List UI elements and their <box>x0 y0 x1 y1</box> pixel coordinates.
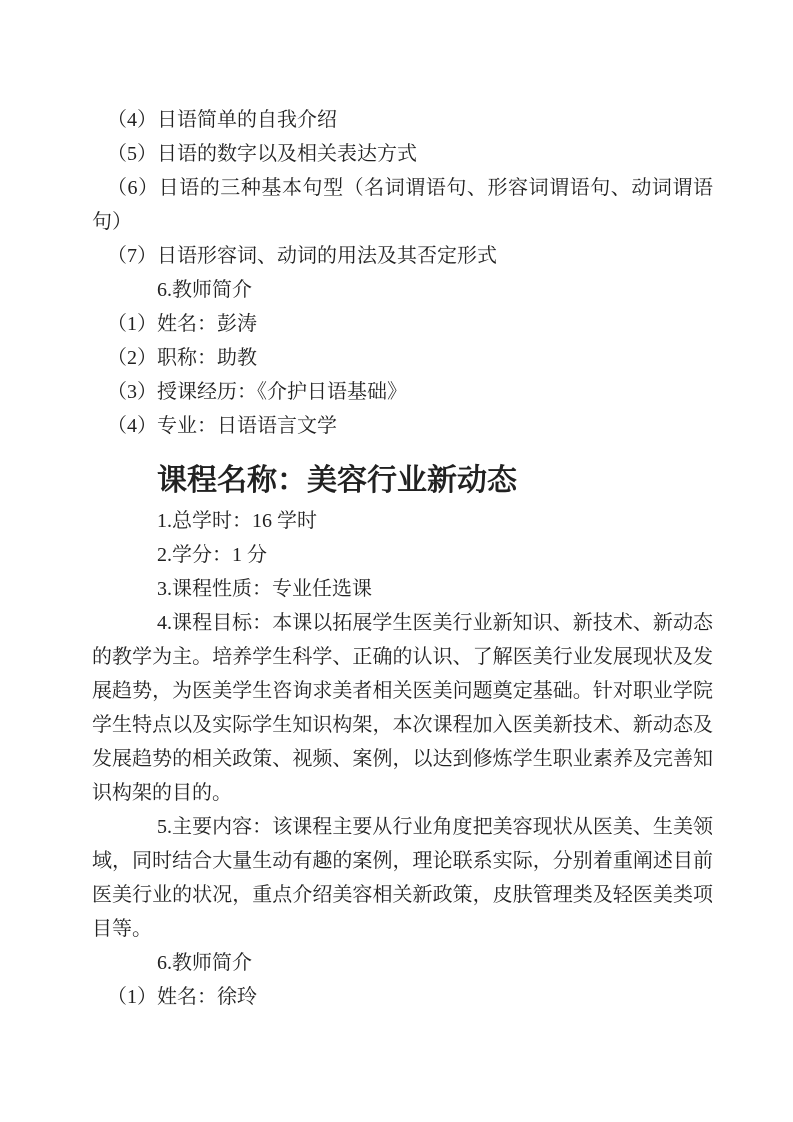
document-paragraph-main-content: 5.主要内容：该课程主要从行业角度把美容现状从医美、生美领域，同时结合大量生动有… <box>92 810 713 946</box>
document-page: （4）日语简单的自我介绍 （5）日语的数字以及相关表达方式 （6）日语的三种基本… <box>0 0 793 1122</box>
document-line-teacher-major: （4）专业：日语语言文学 <box>92 409 713 443</box>
document-paragraph-course-goal: 4.课程目标：本课以拓展学生医美行业新知识、新技术、新动态的教学为主。培养学生科… <box>92 606 713 810</box>
document-line-teacher-title: （2）职称：助教 <box>92 341 713 375</box>
document-line-credits: 2.学分：1 分 <box>92 538 713 572</box>
document-line-teaching-history: （3）授课经历：《介护日语基础》 <box>92 375 713 409</box>
course-name-heading: 课程名称：美容行业新动态 <box>92 464 713 498</box>
document-line: （5）日语的数字以及相关表达方式 <box>92 137 713 171</box>
document-line: （6）日语的三种基本句型（名词谓语句、形容词谓语句、动词谓语句） <box>92 171 713 239</box>
document-line-teacher-name: （1）姓名：彭涛 <box>92 307 713 341</box>
document-line-total-hours: 1.总学时：16 学时 <box>92 504 713 538</box>
document-line-course-type: 3.课程性质：专业任选课 <box>92 572 713 606</box>
document-line-teacher-intro: 6.教师简介 <box>92 273 713 307</box>
document-line: （4）日语简单的自我介绍 <box>92 103 713 137</box>
document-line-teacher-name: （1）姓名：徐玲 <box>92 980 713 1014</box>
document-line: （7）日语形容词、动词的用法及其否定形式 <box>92 239 713 273</box>
document-line-teacher-intro: 6.教师简介 <box>92 946 713 980</box>
